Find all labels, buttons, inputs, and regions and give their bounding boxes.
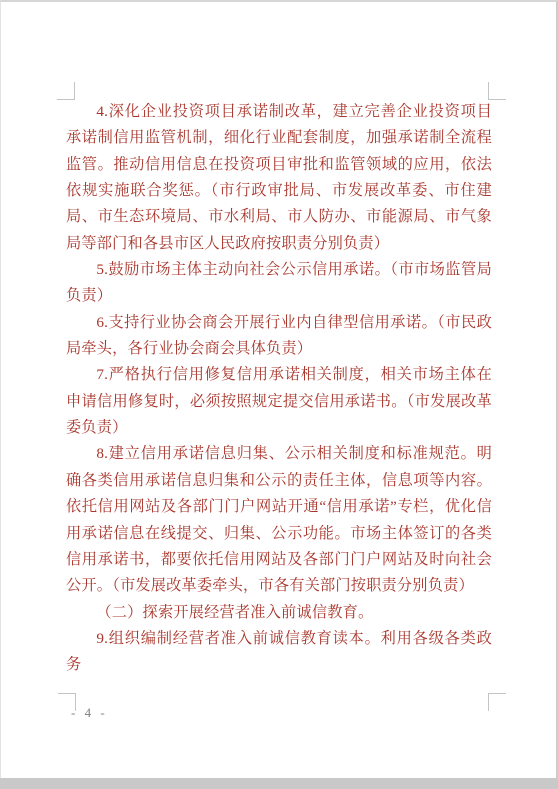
page-number: - 4 -: [71, 705, 108, 721]
crop-mark-bottom-right: [488, 693, 506, 711]
crop-mark-top-right: [488, 82, 506, 100]
paragraph-item-6: 6.支持行业协会商会开展行业内自律型信用承诺。（市民政局牵头，各行业协会商会具体…: [66, 310, 492, 363]
paragraph-item-7: 7.严格执行信用修复信用承诺相关制度，相关市场主体在申请信用修复时，必须按照规定…: [66, 362, 492, 441]
paragraph-item-5: 5.鼓励市场主体主动向社会公示信用承诺。（市市场监管局负责）: [66, 257, 492, 310]
paragraph-item-4: 4.深化企业投资项目承诺制改革，建立完善企业投资项目承诺制信用监管机制，细化行业…: [66, 99, 492, 257]
paragraph-item-9: 9.组织编制经营者准入前诚信教育读本。利用各级各类政务: [66, 626, 492, 679]
subsection-heading: （二）探索开展经营者准入前诚信教育。: [66, 600, 492, 626]
paragraph-item-8: 8.建立信用承诺信息归集、公示相关制度和标准规范。明确各类信用承诺信息归集和公示…: [66, 441, 492, 599]
page-bottom-edge: [0, 778, 558, 789]
document-body: 4.深化企业投资项目承诺制改革，建立完善企业投资项目承诺制信用监管机制，细化行业…: [66, 99, 492, 679]
crop-mark-top-left: [57, 82, 75, 100]
